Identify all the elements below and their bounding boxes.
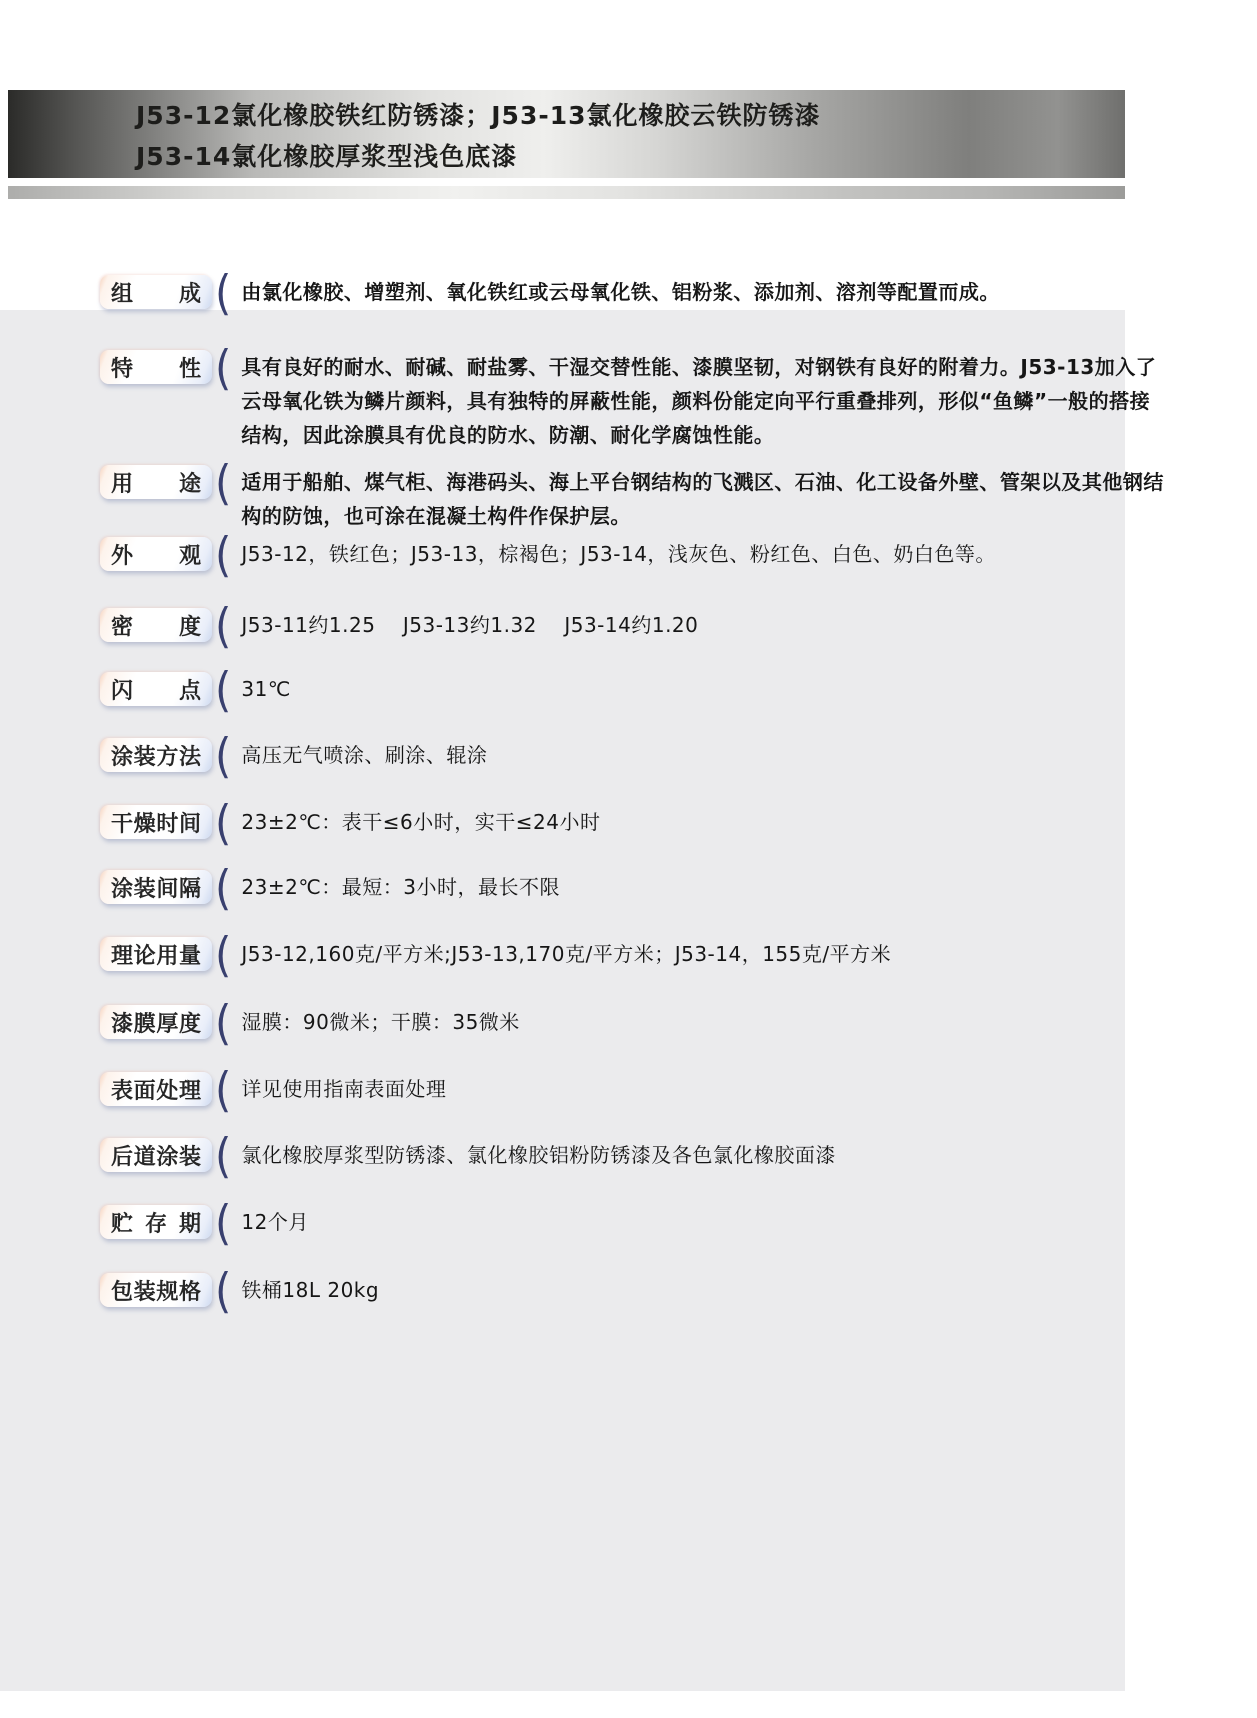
field-label: 包装规格 [100, 1273, 212, 1307]
field-label: 涂装间隔 [100, 870, 212, 904]
field-label-char: 装 [179, 1140, 201, 1171]
field-label-char: 道 [134, 1140, 156, 1171]
field-label-char: 论 [134, 939, 156, 970]
field-label-char: 特 [111, 352, 133, 383]
field-label-char: 漆 [111, 1007, 133, 1038]
field-label: 漆膜厚度 [100, 1005, 212, 1039]
field-label-char: 法 [179, 740, 201, 771]
field-value: 详见使用指南表面处理 [241, 1072, 446, 1106]
field-label-char: 时 [156, 807, 178, 838]
field-label: 闪点 [100, 672, 212, 706]
field-row: 组成(由氯化橡胶、增塑剂、氧化铁红或云母氧化铁、铝粉浆、添加剂、溶剂等配置而成。 [100, 275, 1000, 311]
field-label-char: 涂 [111, 872, 133, 903]
field-row: 闪点(31℃ [100, 672, 291, 708]
field-label-char: 点 [179, 674, 201, 705]
field-label-char: 干 [111, 807, 133, 838]
field-label-char: 装 [134, 872, 156, 903]
field-row: 漆膜厚度(湿膜：90微米；干膜：35微米 [100, 1005, 520, 1041]
field-label: 干燥时间 [100, 805, 212, 839]
field-value: J53-11约1.25 J53-13约1.32 J53-14约1.20 [241, 608, 698, 642]
field-label-char: 涂 [156, 1140, 178, 1171]
field-label-char: 间 [156, 872, 178, 903]
field-row: 涂装间隔(23±2℃：最短：3小时，最长不限 [100, 870, 560, 906]
opening-bracket: ( [215, 803, 231, 843]
field-row: 密度(J53-11约1.25 J53-13约1.32 J53-14约1.20 [100, 608, 698, 644]
field-value: 由氯化橡胶、增塑剂、氧化铁红或云母氧化铁、铝粉浆、添加剂、溶剂等配置而成。 [241, 275, 1000, 309]
field-label-char: 度 [179, 610, 201, 641]
field-value: J53-12，铁红色；J53-13，棕褐色；J53-14，浅灰色、粉红色、白色、… [241, 537, 996, 571]
opening-bracket: ( [215, 1203, 231, 1243]
field-label-char: 途 [179, 467, 201, 498]
field-label-char: 表 [111, 1074, 133, 1105]
field-label-char: 度 [179, 1007, 201, 1038]
field-value: 适用于船舶、煤气柜、海港码头、海上平台钢结构的飞溅区、石油、化工设备外壁、管架以… [241, 465, 1166, 533]
field-label-char: 用 [111, 467, 133, 498]
field-label-char: 装 [134, 1275, 156, 1306]
field-row: 后道涂装(氯化橡胶厚浆型防锈漆、氯化橡胶铝粉防锈漆及各色氯化橡胶面漆 [100, 1138, 836, 1174]
field-label: 组成 [100, 275, 212, 309]
field-row: 涂装方法(高压无气喷涂、刷涂、辊涂 [100, 738, 487, 774]
field-label: 外观 [100, 537, 212, 571]
field-label-char: 厚 [156, 1007, 178, 1038]
field-label: 用途 [100, 465, 212, 499]
field-label-char: 量 [179, 939, 201, 970]
field-label: 理论用量 [100, 937, 212, 971]
field-row: 表面处理(详见使用指南表面处理 [100, 1072, 446, 1108]
field-value: 23±2℃：表干≤6小时，实干≤24小时 [241, 805, 600, 839]
field-row: 特性(具有良好的耐水、耐碱、耐盐雾、干湿交替性能、漆膜坚韧，对钢铁有良好的附着力… [100, 350, 1166, 452]
field-label-char: 理 [179, 1074, 201, 1105]
opening-bracket: ( [215, 463, 231, 503]
field-label-char: 隔 [179, 872, 201, 903]
field-label-char: 理 [111, 939, 133, 970]
field-row: 包装规格(铁桶18L 20kg [100, 1273, 379, 1309]
field-label-char: 组 [111, 277, 133, 308]
field-value: J53-12,160克/平方米;J53-13,170克/平方米；J53-14，1… [241, 937, 891, 971]
field-value: 氯化橡胶厚浆型防锈漆、氯化橡胶铝粉防锈漆及各色氯化橡胶面漆 [241, 1138, 836, 1172]
field-label-char: 面 [134, 1074, 156, 1105]
field-label-char: 用 [156, 939, 178, 970]
opening-bracket: ( [215, 273, 231, 313]
opening-bracket: ( [215, 348, 231, 388]
field-row: 用途(适用于船舶、煤气柜、海港码头、海上平台钢结构的飞溅区、石油、化工设备外壁、… [100, 465, 1166, 533]
field-label-char: 包 [111, 1275, 133, 1306]
field-list: 组成(由氯化橡胶、增塑剂、氧化铁红或云母氧化铁、铝粉浆、添加剂、溶剂等配置而成。… [0, 0, 1257, 1718]
field-row: 理论用量(J53-12,160克/平方米;J53-13,170克/平方米；J53… [100, 937, 891, 973]
field-label: 后道涂装 [100, 1138, 212, 1172]
field-label-char: 闪 [111, 674, 133, 705]
field-row: 贮存期(12个月 [100, 1205, 309, 1241]
field-label-char: 期 [179, 1207, 201, 1238]
field-label: 特性 [100, 350, 212, 384]
field-label-char: 贮 [111, 1207, 133, 1238]
field-label-char: 间 [179, 807, 201, 838]
field-value: 铁桶18L 20kg [241, 1273, 379, 1307]
field-row: 外观(J53-12，铁红色；J53-13，棕褐色；J53-14，浅灰色、粉红色、… [100, 537, 996, 573]
field-label-char: 涂 [111, 740, 133, 771]
field-value: 23±2℃：最短：3小时，最长不限 [241, 870, 560, 904]
field-label-char: 后 [111, 1140, 133, 1171]
field-label: 贮存期 [100, 1205, 212, 1239]
field-label-char: 成 [179, 277, 201, 308]
field-label-char: 存 [145, 1207, 167, 1238]
field-label-char: 外 [111, 539, 133, 570]
field-label: 涂装方法 [100, 738, 212, 772]
field-row: 干燥时间(23±2℃：表干≤6小时，实干≤24小时 [100, 805, 600, 841]
field-label-char: 膜 [134, 1007, 156, 1038]
datasheet-page: J53-12氯化橡胶铁红防锈漆；J53-13氯化橡胶云铁防锈漆 J53-14氯化… [0, 0, 1257, 1718]
opening-bracket: ( [215, 670, 231, 710]
opening-bracket: ( [215, 1003, 231, 1043]
field-label-char: 装 [134, 740, 156, 771]
opening-bracket: ( [215, 935, 231, 975]
field-label-char: 燥 [134, 807, 156, 838]
field-label-char: 方 [156, 740, 178, 771]
opening-bracket: ( [215, 535, 231, 575]
field-label: 表面处理 [100, 1072, 212, 1106]
field-label-char: 密 [111, 610, 133, 641]
opening-bracket: ( [215, 736, 231, 776]
field-value: 高压无气喷涂、刷涂、辊涂 [241, 738, 487, 772]
field-value: 具有良好的耐水、耐碱、耐盐雾、干湿交替性能、漆膜坚韧，对钢铁有良好的附着力。J5… [241, 350, 1166, 452]
field-label-char: 观 [179, 539, 201, 570]
field-label-char: 处 [156, 1074, 178, 1105]
opening-bracket: ( [215, 1070, 231, 1110]
field-value: 12个月 [241, 1205, 308, 1239]
opening-bracket: ( [215, 1136, 231, 1176]
opening-bracket: ( [215, 606, 231, 646]
field-label-char: 性 [179, 352, 201, 383]
opening-bracket: ( [215, 868, 231, 908]
field-value: 31℃ [241, 672, 290, 706]
field-value: 湿膜：90微米；干膜：35微米 [241, 1005, 519, 1039]
field-label-char: 规 [156, 1275, 178, 1306]
opening-bracket: ( [215, 1271, 231, 1311]
field-label-char: 格 [179, 1275, 201, 1306]
field-label: 密度 [100, 608, 212, 642]
